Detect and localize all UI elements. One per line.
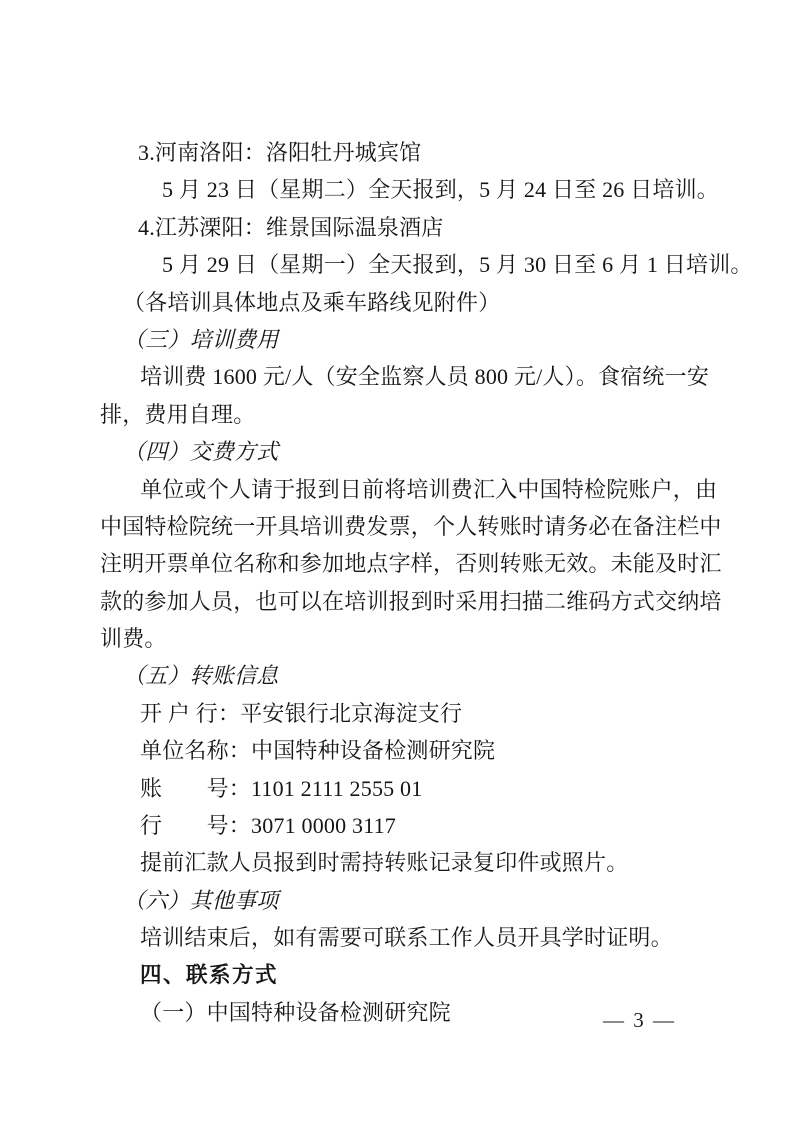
account-name-line: 单位名称：中国特种设备检测研究院 (100, 732, 720, 769)
document-page: 3.河南洛阳：洛阳牡丹城宾馆5 月 23 日（星期二）全天报到，5 月 24 日… (0, 0, 794, 1121)
payment-paragraph-line-4: 款的参加人员，也可以在培训报到时采用扫描二维码方式交纳培 (100, 583, 720, 620)
section-5-heading: （五）转账信息 (100, 657, 720, 694)
bank-name-line: 开 户 行：平安银行北京海淀支行 (100, 695, 720, 732)
page-number: — 3 — (603, 1008, 676, 1033)
remittance-note: 提前汇款人员报到时需持转账记录复印件或照片。 (100, 844, 720, 881)
venue-attachment-note: （各培训具体地点及乘车路线见附件） (100, 284, 720, 321)
section-contact-heading: 四、联系方式 (100, 957, 720, 994)
payment-paragraph-line-2: 中国特检院统一开具培训费发票，个人转账时请务必在备注栏中 (100, 508, 720, 545)
section-4-heading: （四）交费方式 (100, 433, 720, 470)
section-3-heading: （三）培训费用 (100, 321, 720, 358)
venue-item-3: 3.河南洛阳：洛阳牡丹城宾馆 (100, 134, 720, 171)
payment-paragraph-line-5: 训费。 (100, 620, 720, 657)
fee-paragraph-line-2: 排，费用自理。 (100, 396, 720, 433)
account-number-line: 账 号：1101 2111 2555 01 (100, 770, 720, 807)
fee-paragraph-line-1: 培训费 1600 元/人（安全监察人员 800 元/人）。食宿统一安 (100, 358, 720, 395)
payment-paragraph-line-3: 注明开票单位名称和参加地点字样，否则转账无效。未能及时汇 (100, 545, 720, 582)
venue-item-4: 4.江苏溧阳：维景国际温泉酒店 (100, 209, 720, 246)
venue-4-dates: 5 月 29 日（星期一）全天报到，5 月 30 日至 6 月 1 日培训。 (100, 246, 720, 283)
payment-paragraph-line-1: 单位或个人请于报到日前将培训费汇入中国特检院账户，由 (100, 471, 720, 508)
venue-3-dates: 5 月 23 日（星期二）全天报到，5 月 24 日至 26 日培训。 (100, 171, 720, 208)
document-body: 3.河南洛阳：洛阳牡丹城宾馆5 月 23 日（星期二）全天报到，5 月 24 日… (100, 134, 720, 1031)
certificate-note: 培训结束后，如有需要可联系工作人员开具学时证明。 (100, 919, 720, 956)
bank-number-line: 行 号：3071 0000 3117 (100, 807, 720, 844)
section-6-heading: （六）其他事项 (100, 882, 720, 919)
